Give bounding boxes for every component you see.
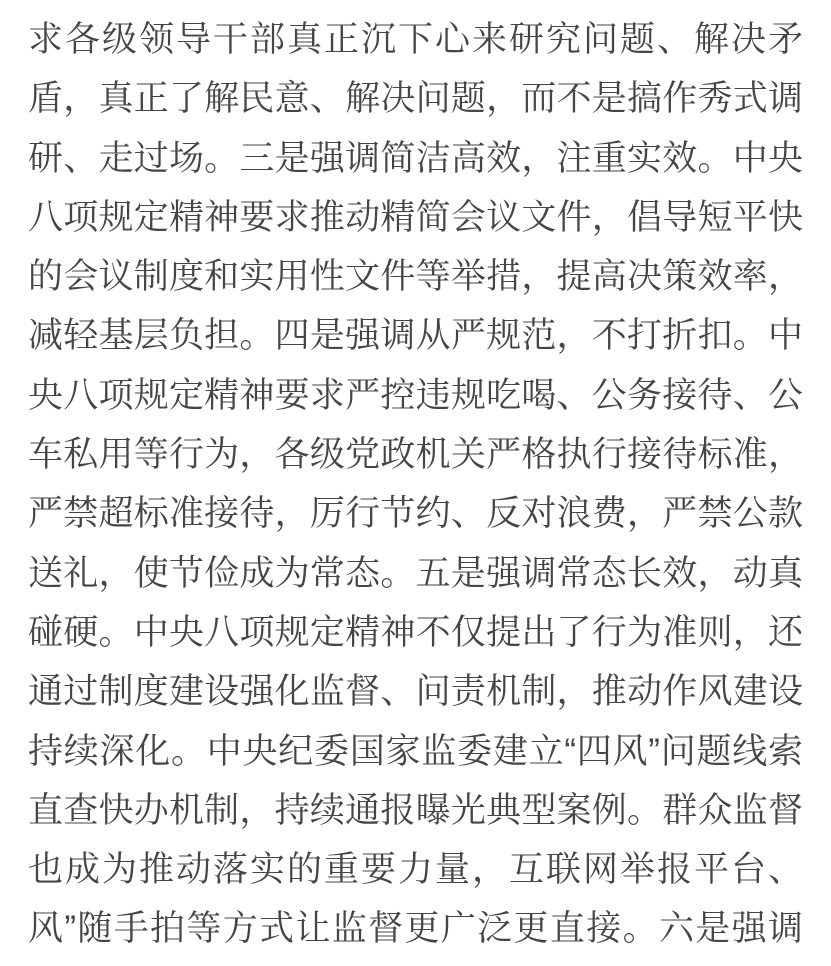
text-line: 减轻基层负担。四是强调从严规范，不打折扣。中 — [28, 306, 803, 365]
text-line: 也成为推动落实的重要力量，互联网举报平台、“四 — [28, 840, 803, 899]
text-line: 求各级领导干部真正沉下心来研究问题、解决矛 — [28, 10, 803, 69]
text-line: 风”随手拍等方式让监督更广泛更直接。六是强调固 — [28, 899, 803, 958]
document-page: 求各级领导干部真正沉下心来研究问题、解决矛 盾，真正了解民意、解决问题，而不是搞… — [0, 0, 831, 966]
text-line: 碰硬。中央八项规定精神不仅提出了行为准则，还 — [28, 603, 803, 662]
text-line: 车私用等行为，各级党政机关严格执行接待标准， — [28, 425, 803, 484]
text-line: 严禁超标准接待，厉行节约、反对浪费，严禁公款 — [28, 484, 803, 543]
text-line: 研、走过场。三是强调简洁高效，注重实效。中央 — [28, 129, 803, 188]
text-line: 的会议制度和实用性文件等举措，提高决策效率， — [28, 247, 803, 306]
text-line: 直查快办机制，持续通报曝光典型案例。群众监督 — [28, 781, 803, 840]
text-line: 盾，真正了解民意、解决问题，而不是搞作秀式调 — [28, 69, 803, 128]
text-line: 持续深化。中央纪委国家监委建立“四风”问题线索 — [28, 722, 803, 781]
text-line: 通过制度建设强化监督、问责机制，推动作风建设 — [28, 662, 803, 721]
text-line: 送礼，使节俭成为常态。五是强调常态长效，动真 — [28, 544, 803, 603]
text-line: 央八项规定精神要求严控违规吃喝、公务接待、公 — [28, 366, 803, 425]
text-line: 八项规定精神要求推动精简会议文件，倡导短平快 — [28, 188, 803, 247]
